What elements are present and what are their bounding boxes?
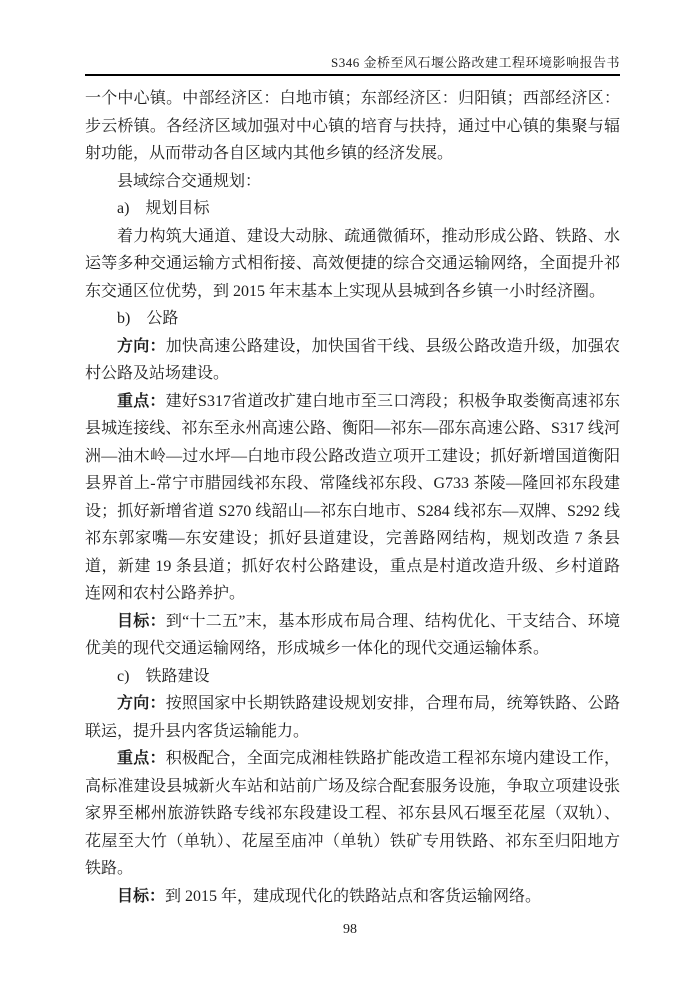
paragraph: 方向：按照国家中长期铁路建设规划安排，合理布局，统筹铁路、公路联运，提升县内客货… (85, 690, 620, 745)
header-title: S346 金桥至风石堰公路改建工程环境影响报告书 (331, 55, 620, 70)
paragraph-label: 重点： (117, 393, 166, 410)
paragraph: b)公路 (85, 305, 620, 333)
paragraph-label: 目标： (117, 613, 166, 630)
list-marker: c) (117, 668, 129, 685)
paragraph: 县域综合交通规划： (85, 168, 620, 196)
page-header: S346 金桥至风石堰公路改建工程环境影响报告书 (85, 52, 620, 71)
paragraph-label: 目标： (117, 888, 165, 905)
header-rule (85, 74, 620, 76)
paragraph: a)规划目标 (85, 195, 620, 223)
page-footer: 98 (0, 922, 700, 938)
paragraph: 一个中心镇。中部经济区：白地市镇；东部经济区：归阳镇；西部经济区：步云桥镇。各经… (85, 85, 620, 168)
paragraph-label: 方向： (117, 695, 166, 712)
list-marker: b) (117, 310, 130, 327)
paragraph: c)铁路建设 (85, 663, 620, 691)
paragraph-label: 重点： (117, 750, 166, 767)
paragraph: 目标：到“十二五”末，基本形成布局合理、结构优化、干支结合、环境优美的现代交通运… (85, 608, 620, 663)
paragraph: 方向：加快高速公路建设，加快国省干线、县级公路改造升级，加强农村公路及站场建设。 (85, 333, 620, 388)
list-marker: a) (117, 200, 129, 217)
document-page: S346 金桥至风石堰公路改建工程环境影响报告书 一个中心镇。中部经济区：白地市… (0, 0, 700, 990)
document-body: 一个中心镇。中部经济区：白地市镇；东部经济区：归阳镇；西部经济区：步云桥镇。各经… (85, 85, 620, 910)
paragraph: 重点：建好S317省道改扩建白地市至三口湾段；积极争取娄衡高速祁东县城连接线、祁… (85, 388, 620, 608)
paragraph: 重点：积极配合，全面完成湘桂铁路扩能改造工程祁东境内建设工作，高标准建设县城新火… (85, 745, 620, 883)
paragraph: 目标：到 2015 年，建成现代化的铁路站点和客货运输网络。 (85, 883, 620, 911)
paragraph: 着力构筑大通道、建设大动脉、疏通微循环，推动形成公路、铁路、水运等多种交通运输方… (85, 223, 620, 306)
page-number: 98 (343, 922, 357, 937)
paragraph-label: 方向： (117, 338, 166, 355)
